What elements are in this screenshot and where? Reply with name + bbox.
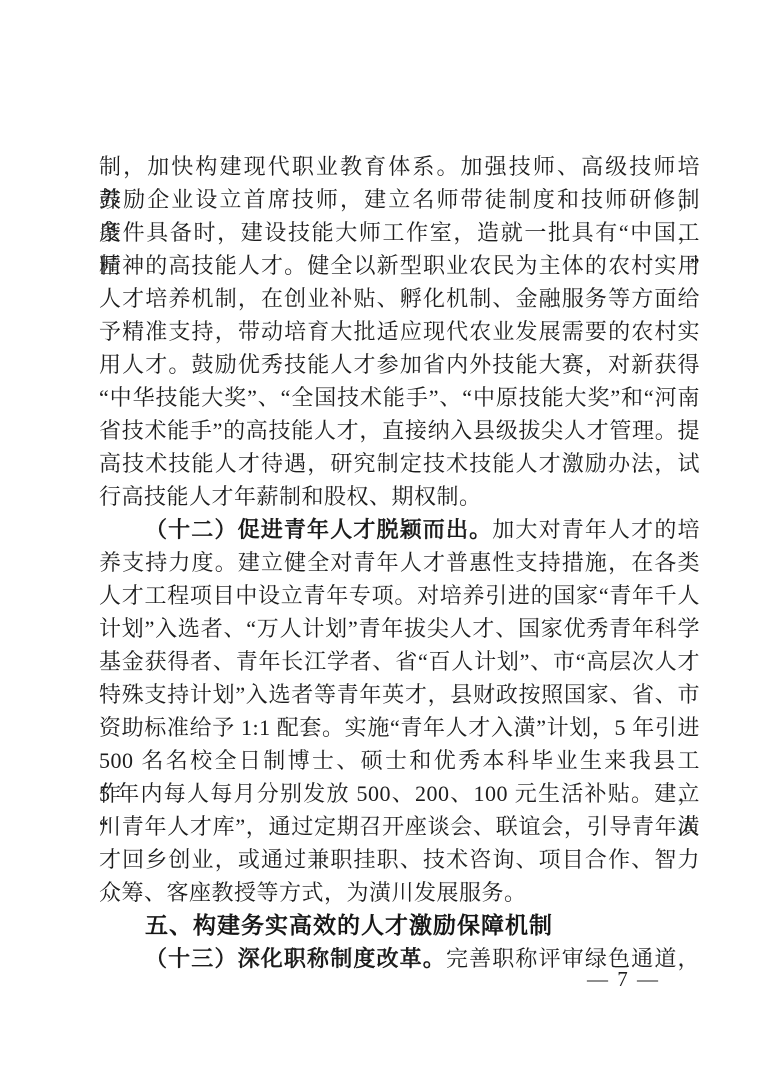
paragraph-line: 行高技能人才年薪制和股权、期权制。 bbox=[99, 480, 700, 513]
paragraph-line: 人才培养机制，在创业补贴、孵化机制、金融服务等方面给 bbox=[99, 282, 700, 315]
paragraph-line: 计划”入选者、“万人计划”青年拔尖人才、国家优秀青年科学 bbox=[99, 612, 700, 645]
paragraph-line: 川青年人才库”，通过定期召开座谈会、联谊会，引导青年人 bbox=[99, 810, 700, 843]
paragraph-line: 鼓励企业设立首席技师，建立名师带徒制度和技师研修制度， bbox=[99, 183, 700, 216]
paragraph-line: 条件具备时，建设技能大师工作室，造就一批具有“中国工匠” bbox=[99, 216, 700, 249]
paragraph-line: 省技术能手”的高技能人才，直接纳入县级拔尖人才管理。提 bbox=[99, 414, 700, 447]
document-page: 制，加快构建现代职业教育体系。加强技师、高级技师培养， 鼓励企业设立首席技师，建… bbox=[0, 0, 761, 1075]
paragraph-line: 才回乡创业，或通过兼职挂职、技术咨询、项目合作、智力 bbox=[99, 843, 700, 876]
paragraph-line: 养支持力度。建立健全对青年人才普惠性支持措施，在各类 bbox=[99, 546, 700, 579]
paragraph-line: 基金获得者、青年长江学者、省“百人计划”、市“高层次人才 bbox=[99, 645, 700, 678]
paragraph-line: 制，加快构建现代职业教育体系。加强技师、高级技师培养， bbox=[99, 150, 700, 183]
paragraph-line: 人才工程项目中设立青年专项。对培养引进的国家“青年千人 bbox=[99, 579, 700, 612]
paragraph-line: （十二）促进青年人才脱颖而出。加大对青年人才的培 bbox=[99, 513, 700, 546]
paragraph-line: 高技术技能人才待遇，研究制定技术技能人才激励办法，试 bbox=[99, 447, 700, 480]
paragraph-line: 众筹、客座教授等方式，为潢川发展服务。 bbox=[99, 876, 700, 909]
paragraph-line: 予精准支持，带动培育大批适应现代农业发展需要的农村实 bbox=[99, 315, 700, 348]
paragraph-line: 用人才。鼓励优秀技能人才参加省内外技能大赛，对新获得 bbox=[99, 348, 700, 381]
paragraph-text: 完善职称评审绿色通道， bbox=[446, 946, 700, 971]
paragraph-line: 资助标准给予 1:1 配套。实施“青年人才入潢”计划，5 年引进 bbox=[99, 711, 700, 744]
paragraph-line: 特殊支持计划”入选者等青年英才，县财政按照国家、省、市 bbox=[99, 678, 700, 711]
paragraph-lead-bold: （十二）促进青年人才脱颖而出。 bbox=[145, 517, 492, 542]
paragraph-line: 500 名名校全日制博士、硕士和优秀本科毕业生来我县工作， bbox=[99, 744, 700, 777]
body-text: 制，加快构建现代职业教育体系。加强技师、高级技师培养， 鼓励企业设立首席技师，建… bbox=[99, 150, 700, 975]
paragraph-line: “中华技能大奖”、“全国技术能手”、“中原技能大奖”和“河南 bbox=[99, 381, 700, 414]
section-heading: 五、构建务实高效的人才激励保障机制 bbox=[99, 909, 700, 942]
paragraph-text: 加大对青年人才的培 bbox=[492, 517, 700, 542]
page-number: — 7 — bbox=[587, 963, 660, 996]
paragraph-line: 5 年内每人每月分别发放 500、200、100 元生活补贴。建立“潢 bbox=[99, 777, 700, 810]
paragraph-line: 精神的高技能人才。健全以新型职业农民为主体的农村实用 bbox=[99, 249, 700, 282]
paragraph-lead-bold: （十三）深化职称制度改革。 bbox=[145, 946, 446, 971]
